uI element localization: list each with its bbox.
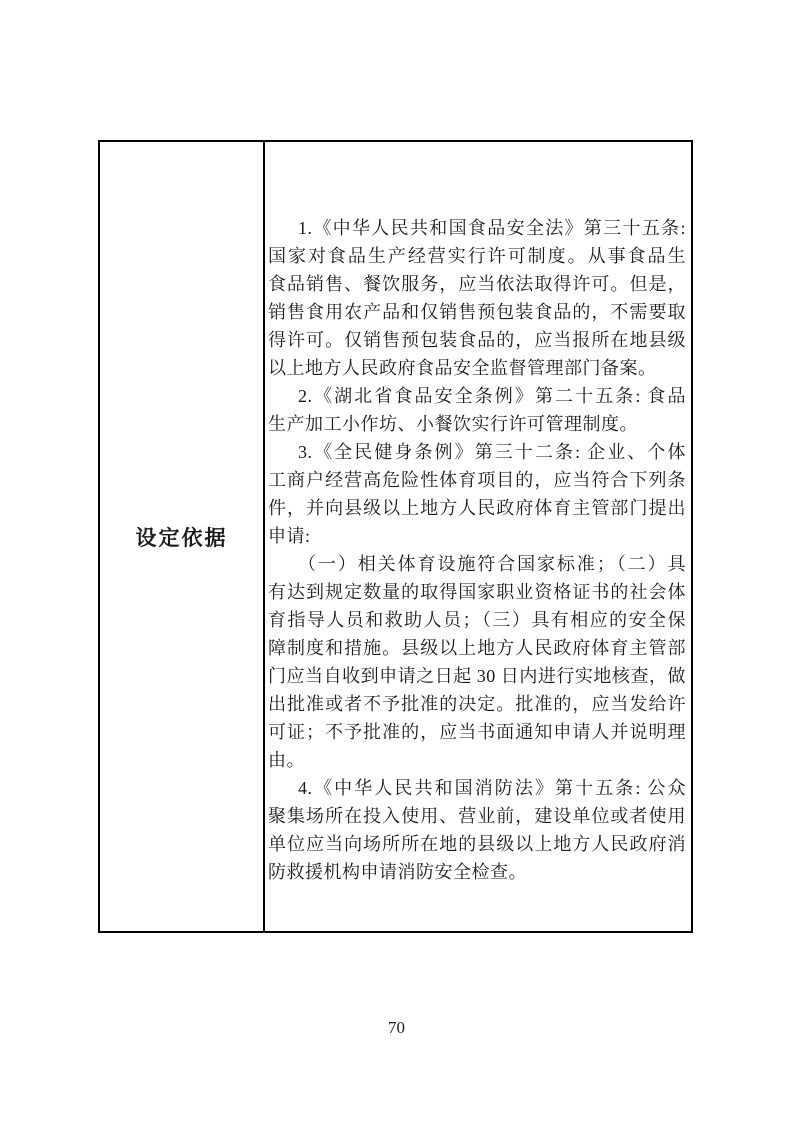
text-line: 障制度和措施。县级以上地方人民政府体育主管部 [268,634,686,662]
text-line: 由。 [268,746,686,774]
text-line: 聚集场所在投入使用、营业前，建设单位或者使用 [268,802,686,830]
text-line: 1.《中华人民共和国食品安全法》第三十五条: [268,214,686,242]
text-line: 2.《湖北省食品安全条例》第二十五条: 食品 [268,382,686,410]
page-number: 70 [0,1018,793,1038]
text-line: 4.《中华人民共和国消防法》第十五条: 公众 [268,774,686,802]
document-page: 设定依据 1.《中华人民共和国食品安全法》第三十五条:国家对食品生产经营实行许可… [0,0,793,1122]
text-line: 单位应当向场所所在地的县级以上地方人民政府消 [268,830,686,858]
row-content-cell: 1.《中华人民共和国食品安全法》第三十五条:国家对食品生产经营实行许可制度。从事… [265,142,691,931]
text-line: 申请: [268,522,686,550]
text-line: 以上地方人民政府食品安全监督管理部门备案。 [268,354,686,382]
text-line: 有达到规定数量的取得国家职业资格证书的社会体 [268,578,686,606]
text-line: 育指导人员和救助人员；（三）具有相应的安全保 [268,606,686,634]
text-line: 件，并向县级以上地方人民政府体育主管部门提出 [268,494,686,522]
text-line: 国家对食品生产经营实行许可制度。从事食品生产、 [268,242,686,270]
text-line: 得许可。仅销售预包装食品的，应当报所在地县级 [268,326,686,354]
text-line: 出批准或者不予批准的决定。批准的，应当发给许 [268,690,686,718]
text-line: 防救援机构申请消防安全检查。 [268,858,686,886]
text-line: 门应当自收到申请之日起 30 日内进行实地核查，做 [268,662,686,690]
text-line: 销售食用农产品和仅销售预包装食品的，不需要取 [268,298,686,326]
text-line: （一）相关体育设施符合国家标准；（二）具 [268,550,686,578]
text-line: 生产加工小作坊、小餐饮实行许可管理制度。 [268,410,686,438]
text-line: 食品销售、餐饮服务，应当依法取得许可。但是， [268,270,686,298]
row-header-label: 设定依据 [136,522,228,552]
row-header-cell: 设定依据 [100,142,265,931]
setting-basis-table: 设定依据 1.《中华人民共和国食品安全法》第三十五条:国家对食品生产经营实行许可… [98,140,693,933]
text-line: 可证；不予批准的，应当书面通知申请人并说明理 [268,718,686,746]
text-line: 3.《全民健身条例》第三十二条: 企业、个体 [268,438,686,466]
text-line: 工商户经营高危险性体育项目的，应当符合下列条 [268,466,686,494]
